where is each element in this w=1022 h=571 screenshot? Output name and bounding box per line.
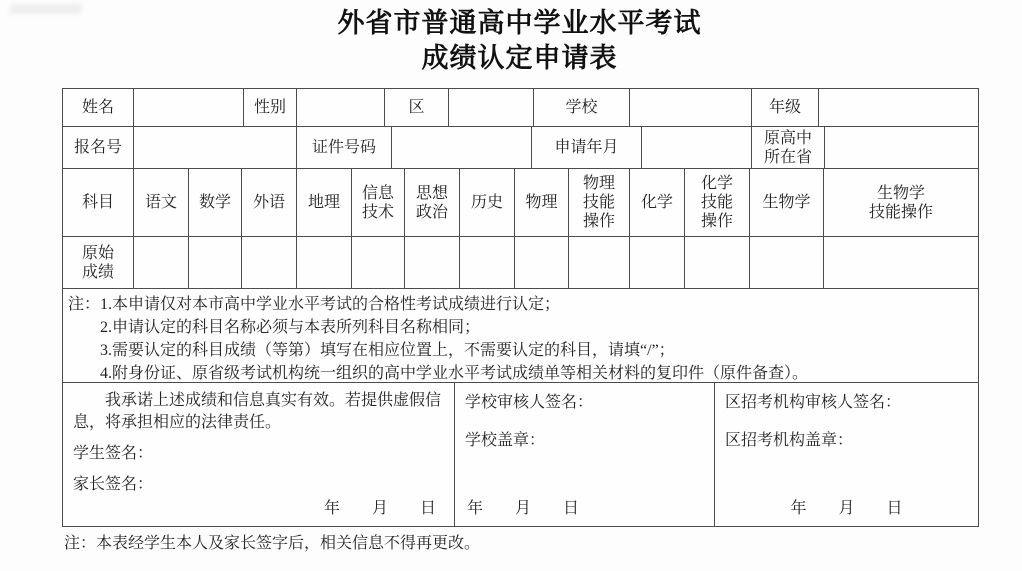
score-cell-chemistry-skill	[684, 237, 749, 288]
district-seal-label: 区招考机构盖章：	[725, 430, 968, 452]
name-label-cell: 姓名	[63, 89, 133, 126]
footer-note: 注：本表经学生本人及家长签字后，相关信息不得再更改。	[64, 530, 480, 553]
pledge-text: 我承诺上述成绩和信息真实有效。若提供虚假信息，将承担相应的法律责任。	[73, 390, 444, 434]
score-cell-politics	[404, 237, 459, 288]
score-cell-chemistry	[629, 237, 684, 288]
grade-label-cell: 年级	[751, 89, 818, 126]
subjects-row: 科目 语文 数学 外语 地理 信息 技术 思想 政治 历史 物理 物理 技能 操…	[63, 168, 978, 236]
subject-cell-foreign-language: 外语	[241, 169, 296, 236]
grade-value-cell	[818, 89, 978, 126]
apply-month-value-cell	[641, 127, 751, 168]
subject-cell-chemistry-skill: 化学 技能 操作	[684, 169, 749, 236]
score-cell-chinese	[133, 237, 188, 288]
subject-cell-chemistry: 化学	[629, 169, 684, 236]
score-cell-physics-skill	[568, 237, 629, 288]
subject-cell-history: 历史	[459, 169, 514, 236]
score-cell-physics	[514, 237, 568, 288]
score-cell-math	[188, 237, 241, 288]
school-value-cell	[629, 89, 751, 126]
notes-list: 1.本申请仅对本市高中学业水平考试的合格性考试成绩进行认定； 2.申请认定的科目…	[100, 293, 970, 385]
subject-cell-physics-skill: 物理 技能 操作	[568, 169, 629, 236]
subject-cell-chinese: 语文	[133, 169, 188, 236]
note-item-1: 1.本申请仅对本市高中学业水平考试的合格性考试成绩进行认定；	[100, 293, 970, 316]
note-item-4: 4.附身份证、原省级考试机构统一组织的高中学业水平考试成绩单等相关材料的复印件（…	[100, 362, 970, 385]
score-cell-biology-skill	[823, 237, 978, 288]
parent-sign-label: 家长签名：	[73, 474, 444, 496]
page-title-line2: 成绩认定申请表	[62, 41, 977, 76]
subject-cell-info-tech: 信息 技术	[351, 169, 404, 236]
score-cell-info-tech	[351, 237, 404, 288]
application-table: 姓名 性别 区 学校 年级 报名号 证件号码 申请年月 原高中 所在省 科目 语…	[62, 88, 979, 527]
school-date-line: 年 月 日	[465, 498, 704, 522]
origin-province-label-cell: 原高中 所在省	[751, 127, 824, 168]
page-title: 外省市普通高中学业水平考试 成绩认定申请表	[62, 6, 977, 76]
reg-no-label-cell: 报名号	[63, 127, 133, 168]
score-row-label-cell: 原始 成绩	[63, 237, 133, 288]
signature-school-block: 学校审核人签名： 学校盖章： 年 月 日	[454, 383, 714, 526]
origin-province-value-cell	[824, 127, 978, 168]
district-date-line: 年 月 日	[725, 498, 968, 522]
notes-prefix: 注：	[68, 293, 100, 316]
id-no-value-cell	[391, 127, 531, 168]
form-page: 外省市普通高中学业水平考试 成绩认定申请表 姓名 性别 区 学校 年级 报名号 …	[0, 0, 1022, 571]
district-reviewer-label: 区招考机构审核人签名：	[725, 392, 968, 414]
note-item-2: 2.申请认定的科目名称必须与本表所列科目名称相同；	[100, 316, 970, 339]
student-date-line: 年 月 日	[73, 498, 444, 522]
apply-month-label-cell: 申请年月	[531, 127, 641, 168]
district-value-cell	[448, 89, 533, 126]
subject-cell-biology-skill: 生物学 技能操作	[823, 169, 978, 236]
subject-cell-biology: 生物学	[749, 169, 823, 236]
page-title-line1: 外省市普通高中学业水平考试	[62, 6, 977, 41]
school-label-cell: 学校	[533, 89, 629, 126]
score-cell-biology	[749, 237, 823, 288]
subject-cell-physics: 物理	[514, 169, 568, 236]
school-seal-label: 学校盖章：	[465, 430, 704, 452]
id-no-label-cell: 证件号码	[296, 127, 391, 168]
subject-cell-politics: 思想 政治	[404, 169, 459, 236]
district-label-cell: 区	[384, 89, 448, 126]
school-reviewer-label: 学校审核人签名：	[465, 392, 704, 414]
student-sign-label: 学生签名：	[73, 443, 444, 465]
score-cell-foreign-language	[241, 237, 296, 288]
notes-section: 注： 1.本申请仅对本市高中学业水平考试的合格性考试成绩进行认定； 2.申请认定…	[63, 288, 978, 382]
signature-section: 我承诺上述成绩和信息真实有效。若提供虚假信息，将承担相应的法律责任。 学生签名：…	[63, 382, 978, 526]
info-row-2: 报名号 证件号码 申请年月 原高中 所在省	[63, 126, 978, 168]
scores-row: 原始 成绩	[63, 236, 978, 288]
reg-no-value-cell	[133, 127, 296, 168]
note-item-3: 3.需要认定的科目成绩（等第）填写在相应位置上，不需要认定的科目，请填“/”；	[100, 339, 970, 362]
name-value-cell	[133, 89, 243, 126]
signature-left-block: 我承诺上述成绩和信息真实有效。若提供虚假信息，将承担相应的法律责任。 学生签名：…	[63, 383, 454, 526]
score-cell-geography	[296, 237, 351, 288]
gender-label-cell: 性别	[243, 89, 296, 126]
subject-cell-math: 数学	[188, 169, 241, 236]
info-row-1: 姓名 性别 区 学校 年级	[63, 89, 978, 126]
gender-value-cell	[296, 89, 384, 126]
subject-cell-geography: 地理	[296, 169, 351, 236]
signature-district-block: 区招考机构审核人签名： 区招考机构盖章： 年 月 日	[714, 383, 978, 526]
score-cell-history	[459, 237, 514, 288]
subject-row-label-cell: 科目	[63, 169, 133, 236]
